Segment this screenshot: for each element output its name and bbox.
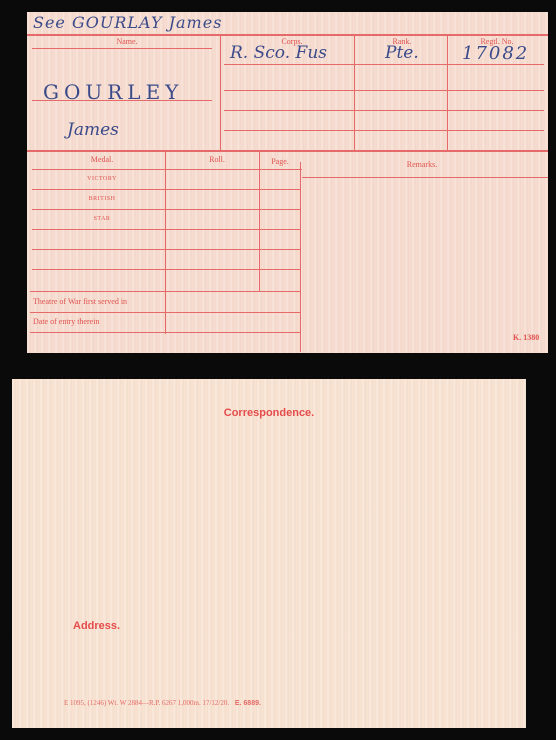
rule [224, 130, 544, 131]
page-column-header: Page. [260, 157, 300, 166]
rule [32, 209, 300, 210]
address-label: Address. [73, 620, 120, 632]
name-column-header: Name. [87, 37, 167, 46]
rule [32, 249, 300, 250]
header-rule [27, 34, 548, 36]
rule [30, 291, 300, 292]
rule [224, 90, 544, 91]
medal-star: STAR [57, 216, 147, 222]
surname-entry: GOURLEY [43, 80, 183, 104]
print-details: E 1095, (1246) Wt. W 2884—R.P. 6267 1,00… [64, 699, 229, 707]
divider [447, 35, 448, 150]
correspondence-title: Correspondence. [12, 407, 526, 419]
header-annotation: See GOURLAY James [33, 13, 222, 32]
form-code: K. 1380 [513, 333, 539, 342]
print-line: E 1095, (1246) Wt. W 2884—R.P. 6267 1,00… [64, 699, 261, 707]
theatre-of-war-label: Theatre of War first served in [33, 297, 127, 306]
medal-victory: VICTORY [57, 176, 147, 182]
section-rule [27, 150, 548, 152]
rule [30, 332, 300, 333]
divider [354, 35, 355, 150]
divider [300, 162, 301, 352]
forename-entry: James [67, 120, 119, 140]
rule [30, 312, 300, 313]
rule [224, 64, 544, 65]
divider [220, 35, 221, 150]
rule [32, 189, 300, 190]
date-of-entry-label: Date of entry therein [33, 317, 99, 326]
divider [165, 152, 166, 334]
divider [259, 152, 260, 292]
medal-column-header: Medal. [57, 155, 147, 164]
medal-british: BRITISH [57, 196, 147, 202]
rule [302, 177, 548, 178]
rule [32, 169, 302, 170]
rule [32, 269, 300, 270]
rule [224, 110, 544, 111]
roll-column-header: Roll. [187, 155, 247, 164]
print-code: E. 6889. [235, 700, 261, 707]
remarks-column-header: Remarks. [367, 160, 477, 169]
regtl-no-entry: 17082 [462, 43, 529, 64]
medal-index-card-back: Correspondence. Address. E 1095, (1246) … [12, 379, 526, 728]
corps-entry: R. Sco. Fus [230, 43, 327, 63]
medal-index-card-front: See GOURLAY James Name. Corps. Rank. Reg… [27, 12, 548, 353]
rule [32, 48, 212, 49]
rule [32, 229, 300, 230]
rank-entry: Pte. [385, 43, 419, 63]
